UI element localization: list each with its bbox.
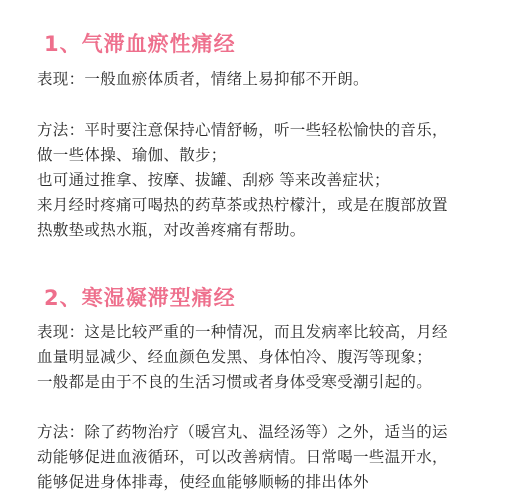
section-2-method-line: 方法：除了药物治疗（暖宫丸、温经汤等）之外，适当的运 <box>37 420 448 442</box>
section-2-method-line: 动能够促进血液循环，可以改善病情。日常喝一些温开水， <box>37 445 448 467</box>
section-1-method-line: 也可通过推拿、按摩、拔罐、刮痧 等来改善症状； <box>37 168 390 190</box>
section-1-heading: 1、气滞血瘀性痛经 <box>44 28 236 58</box>
section-1-symptom-line: 表现：一般血瘀体质者，情绪上易抑郁不开朗。 <box>37 67 369 89</box>
section-1-method-line: 做一些体操、瑜伽、散步； <box>37 143 227 165</box>
section-2-symptom-line: 表现：这是比较严重的一种情况，而且发病率比较高，月经 <box>37 320 448 342</box>
section-2-symptom-line: 一般都是由于不良的生活习惯或者身体受寒受潮引起的。 <box>37 370 432 392</box>
section-2-method-line: 能够促进身体排毒，使经血能够顺畅的排出体外 <box>37 470 369 492</box>
section-1-method-line: 来月经时疼痛可喝热的药草茶或热柠檬汁，或是在腹部放置 <box>37 193 448 215</box>
section-2-heading: 2、寒湿凝滞型痛经 <box>44 282 236 312</box>
section-1-method-line: 方法：平时要注意保持心情舒畅，听一些轻松愉快的音乐， <box>37 118 448 140</box>
section-1-method-line: 热敷垫或热水瓶，对改善疼痛有帮助。 <box>37 218 306 240</box>
section-2-symptom-line: 血量明显减少、经血颜色发黑、身体怕冷、腹泻等现象； <box>37 345 432 367</box>
